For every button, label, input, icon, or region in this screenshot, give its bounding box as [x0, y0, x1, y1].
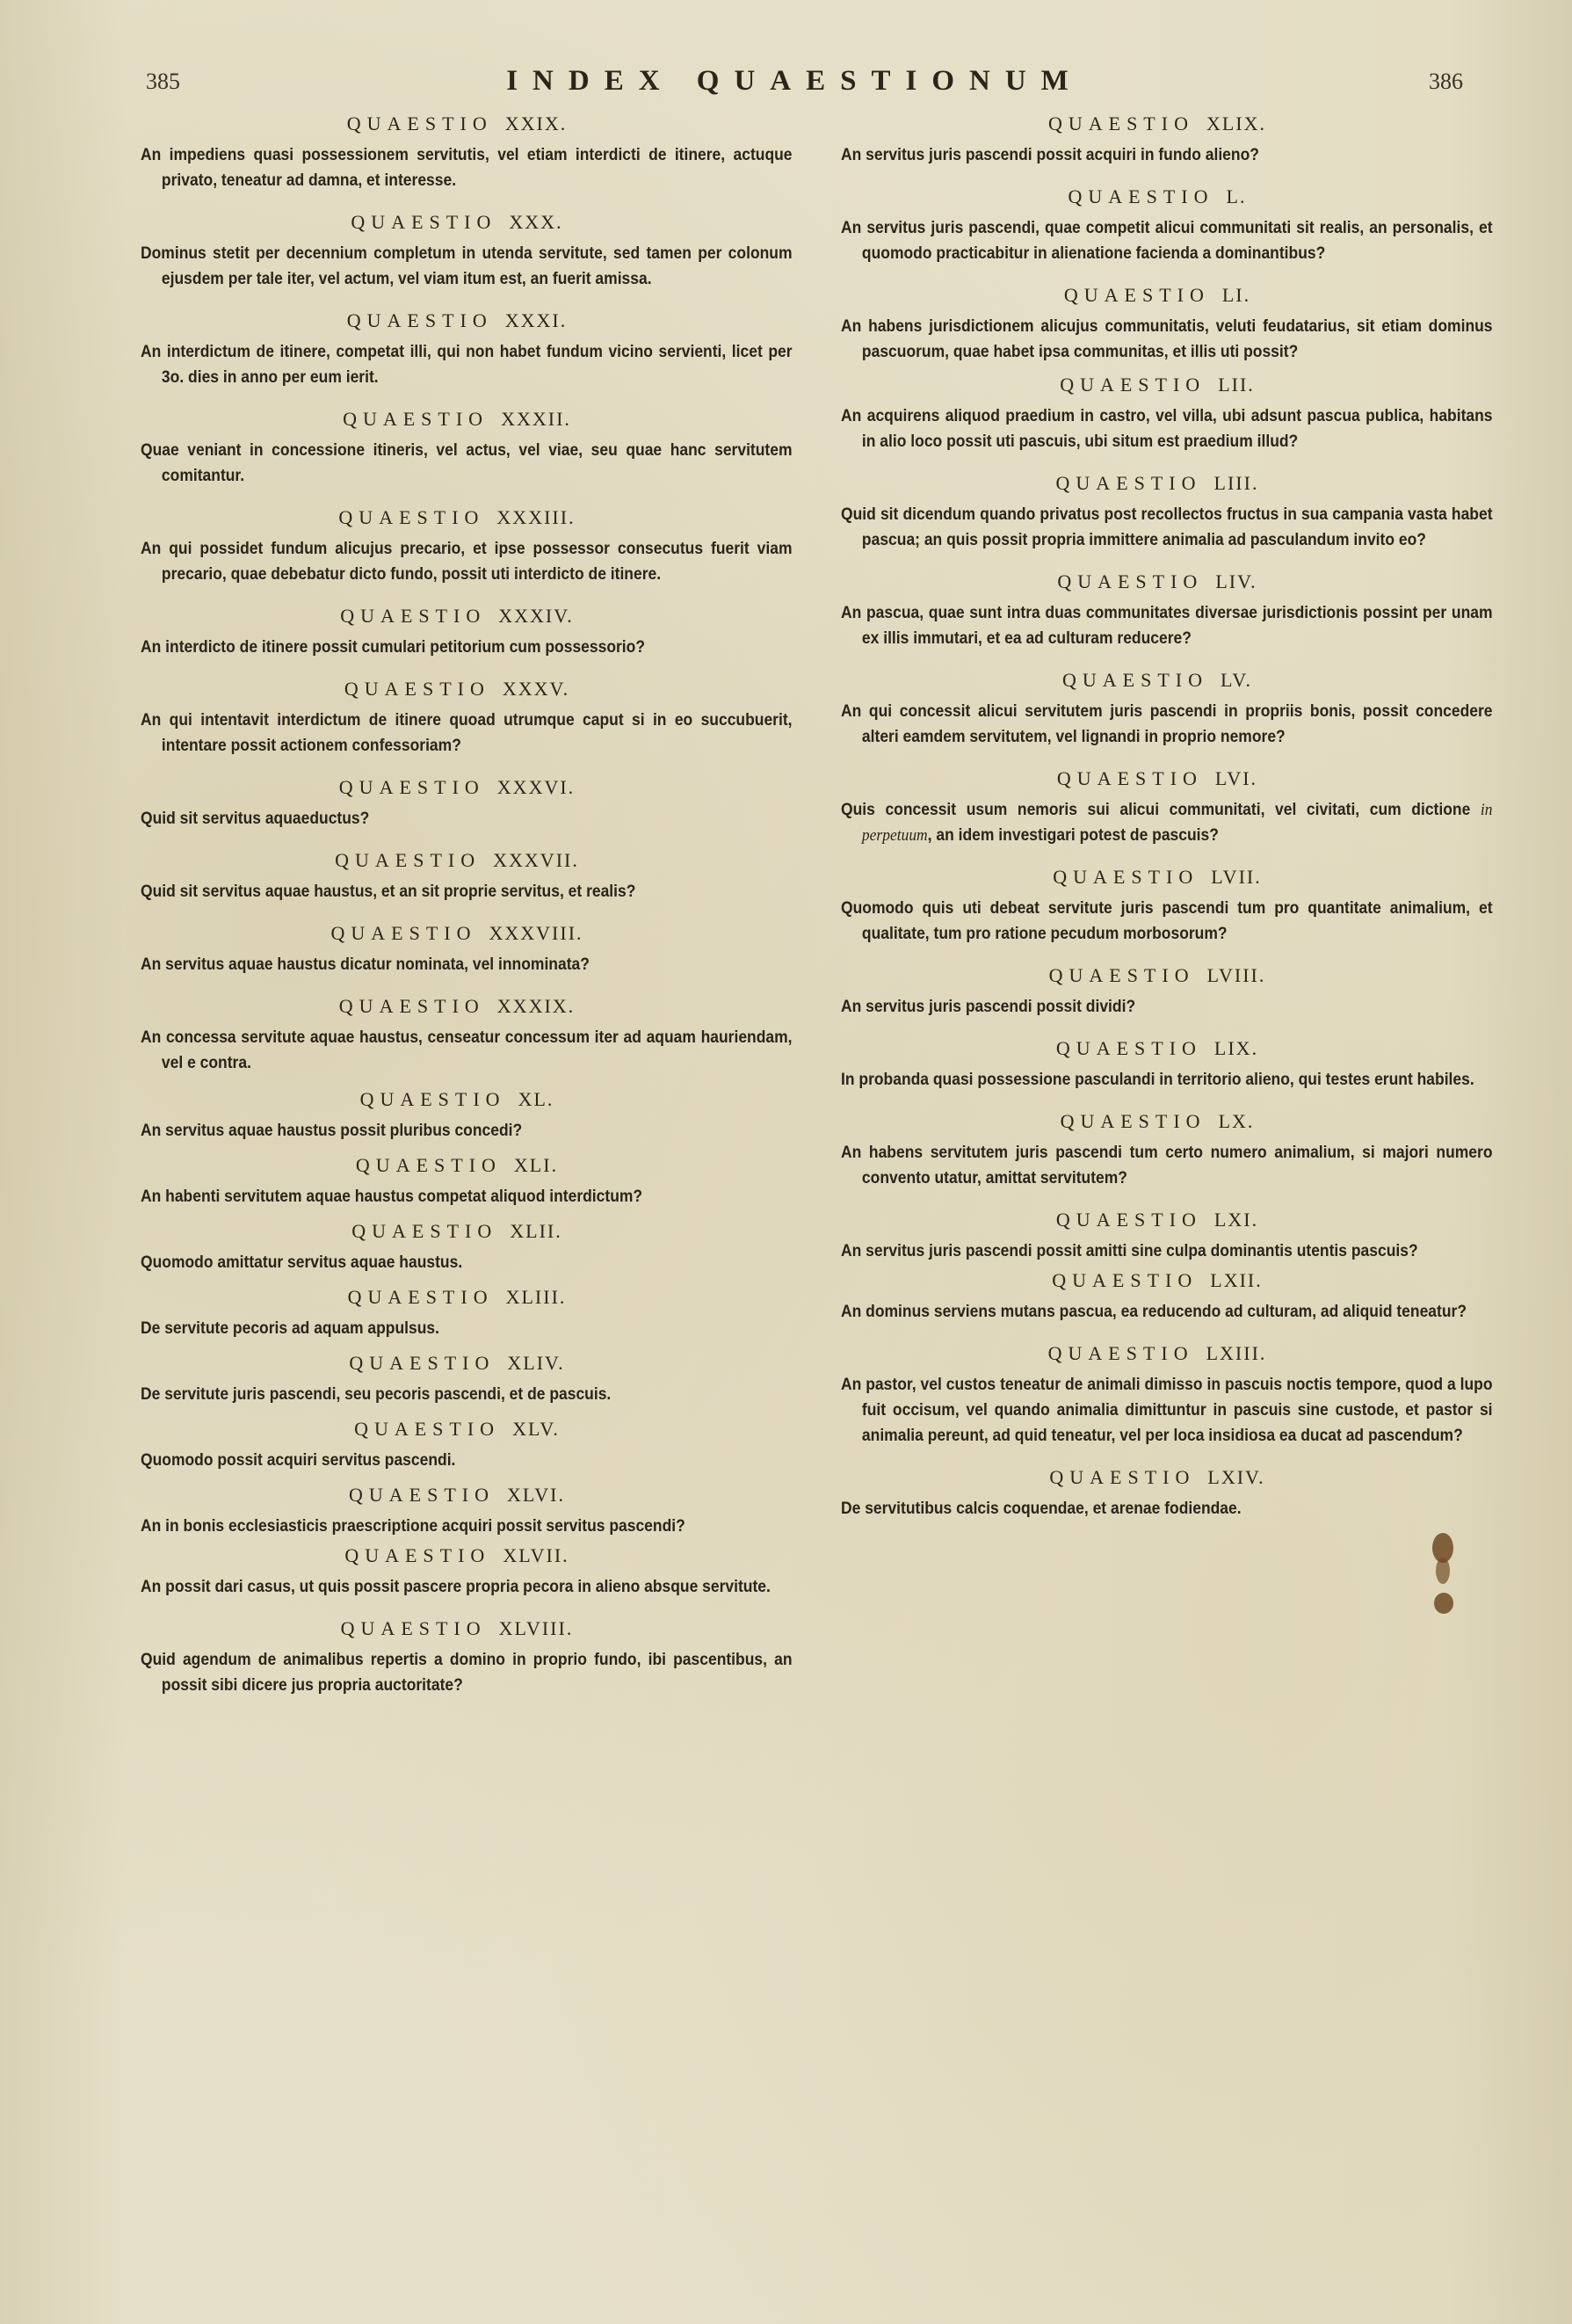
question-heading: QUAESTIOXXIX. [141, 111, 773, 137]
question-text: Quid sit servitus aquaeductus? [141, 806, 793, 832]
question-heading: QUAESTIOXLV. [141, 1416, 773, 1442]
question-entry: QUAESTIOXLVI.An in bonis ecclesiasticis … [141, 1482, 773, 1539]
question-heading: QUAESTIOXLII. [141, 1218, 773, 1245]
question-text: Quid agendum de animalibus repertis a do… [141, 1647, 793, 1698]
question-entry: QUAESTIOXXXIII.An qui possidet fundum al… [141, 505, 773, 587]
running-title: INDEX QUAESTIONUM [0, 65, 1572, 98]
question-heading: QUAESTIOXLVIII. [141, 1616, 773, 1642]
question-heading: QUAESTIOXXXI. [141, 308, 773, 334]
question-text: An interdictum de itinere, competat illi… [141, 339, 793, 390]
question-heading: QUAESTIOLIII. [841, 470, 1474, 497]
question-entry: QUAESTIOLV.An qui concessit alicui servi… [841, 667, 1474, 750]
question-entry: QUAESTIOLVII.Quomodo quis uti debeat ser… [841, 864, 1474, 947]
question-entry: QUAESTIOXLII.Quomodo amittatur servitus … [141, 1218, 773, 1275]
question-heading: QUAESTIOLXIV. [841, 1464, 1474, 1491]
question-entry: QUAESTIOXXXVIII.An servitus aquae haustu… [141, 920, 773, 977]
question-entry: QUAESTIOXXXVII.Quid sit servitus aquae h… [141, 847, 773, 904]
question-heading: QUAESTIOXLIV. [141, 1350, 773, 1376]
question-entry: QUAESTIOXLV.Quomodo possit acquiri servi… [141, 1416, 773, 1473]
question-entry: QUAESTIOLIX.In probanda quasi possession… [841, 1035, 1474, 1093]
question-text: An qui possidet fundum alicujus precario… [141, 536, 793, 587]
question-text: An possit dari casus, ut quis possit pas… [141, 1574, 793, 1600]
question-heading: QUAESTIOXXXIX. [141, 993, 773, 1020]
question-entry: QUAESTIOLXIV.De servitutibus calcis coqu… [841, 1464, 1474, 1521]
question-text: Quis concessit usum nemoris sui alicui c… [841, 797, 1493, 848]
question-heading: QUAESTIOXXXIII. [141, 505, 773, 531]
question-text: An habenti servitutem aquae haustus comp… [141, 1184, 793, 1209]
question-text: An servitus aquae haustus possit pluribu… [141, 1118, 793, 1144]
question-heading: QUAESTIOLIX. [841, 1035, 1474, 1062]
question-text: An interdicto de itinere possit cumulari… [141, 635, 793, 660]
question-heading: QUAESTIOLI. [841, 282, 1474, 309]
question-entry: QUAESTIOXXXI.An interdictum de itinere, … [141, 308, 773, 390]
question-entry: QUAESTIOXLIX.An servitus juris pascendi … [841, 111, 1474, 168]
question-text: An in bonis ecclesiasticis praescription… [141, 1514, 793, 1539]
question-entry: QUAESTIOLIV.An pascua, quae sunt intra d… [841, 569, 1474, 651]
question-entry: QUAESTIOLVI.Quis concessit usum nemoris … [841, 766, 1474, 848]
question-entry: QUAESTIOXXXIV.An interdicto de itinere p… [141, 603, 773, 660]
question-heading: QUAESTIOXLI. [141, 1152, 773, 1179]
question-text: An acquirens aliquod praedium in castro,… [841, 403, 1493, 454]
question-text: Quae veniant in concessione itineris, ve… [141, 438, 793, 489]
question-heading: QUAESTIOXL. [141, 1086, 773, 1113]
question-entry: QUAESTIOXLI.An habenti servitutem aquae … [141, 1152, 773, 1209]
question-text: Quomodo amittatur servitus aquae haustus… [141, 1250, 793, 1275]
question-text: An pastor, vel custos teneatur de animal… [841, 1372, 1493, 1449]
question-heading: QUAESTIOXLIX. [841, 111, 1474, 137]
question-heading: QUAESTIOXLIII. [141, 1284, 773, 1311]
question-text: Quomodo possit acquiri servitus pascendi… [141, 1448, 793, 1473]
question-heading: QUAESTIOLXIII. [841, 1340, 1474, 1367]
question-entry: QUAESTIOXXIX.An impediens quasi possessi… [141, 111, 773, 193]
question-text: An servitus juris pascendi, quae competi… [841, 215, 1493, 266]
question-text: An servitus juris pascendi possit acquir… [841, 142, 1493, 168]
question-entry: QUAESTIOLXI.An servitus juris pascendi p… [841, 1207, 1474, 1264]
question-entry: QUAESTIOLXIII.An pastor, vel custos tene… [841, 1340, 1474, 1449]
question-text: In probanda quasi possessione pasculandi… [841, 1067, 1493, 1093]
question-entry: QUAESTIOXLVII.An possit dari casus, ut q… [141, 1543, 773, 1600]
question-text: An dominus serviens mutans pascua, ea re… [841, 1299, 1493, 1325]
question-text: De servitutibus calcis coquendae, et are… [841, 1496, 1493, 1521]
question-entry: QUAESTIOLVIII.An servitus juris pascendi… [841, 962, 1474, 1020]
question-heading: QUAESTIOXXX. [141, 209, 773, 236]
question-heading: QUAESTIOLX. [841, 1108, 1474, 1135]
right-page-column: QUAESTIOXLIX.An servitus juris pascendi … [841, 111, 1474, 1537]
question-entry: QUAESTIOXXX.Dominus stetit per decennium… [141, 209, 773, 292]
left-page-column: QUAESTIOXXIX.An impediens quasi possessi… [141, 111, 773, 1714]
question-text: Dominus stetit per decennium completum i… [141, 241, 793, 292]
question-entry: QUAESTIOXLIV.De servitute juris pascendi… [141, 1350, 773, 1407]
question-text: An habens servitutem juris pascendi tum … [841, 1140, 1493, 1191]
question-text: An qui intentavit interdictum de itinere… [141, 708, 793, 759]
question-text: Quomodo quis uti debeat servitute juris … [841, 896, 1493, 947]
question-text: Quid sit dicendum quando privatus post r… [841, 502, 1493, 553]
question-text: Quid sit servitus aquae haustus, et an s… [141, 879, 793, 904]
question-heading: QUAESTIOL. [841, 184, 1474, 210]
question-entry: QUAESTIOLI.An habens jurisdictionem alic… [841, 282, 1474, 365]
right-page-number: 386 [1429, 69, 1463, 95]
question-entry: QUAESTIOXXXIX.An concessa servitute aqua… [141, 993, 773, 1076]
question-heading: QUAESTIOLXI. [841, 1207, 1474, 1233]
question-heading: QUAESTIOXXXVI. [141, 774, 773, 801]
question-text: An pascua, quae sunt intra duas communit… [841, 600, 1493, 651]
question-heading: QUAESTIOXLVI. [141, 1482, 773, 1508]
page-header: 385 INDEX QUAESTIONUM 386 [0, 69, 1572, 104]
question-heading: QUAESTIOXXXVII. [141, 847, 773, 874]
question-text: De servitute juris pascendi, seu pecoris… [141, 1382, 793, 1407]
question-entry: QUAESTIOXXXV.An qui intentavit interdict… [141, 676, 773, 759]
question-entry: QUAESTIOL.An servitus juris pascendi, qu… [841, 184, 1474, 266]
question-entry: QUAESTIOLIII.Quid sit dicendum quando pr… [841, 470, 1474, 553]
question-text: An concessa servitute aquae haustus, cen… [141, 1025, 793, 1076]
question-heading: QUAESTIOLIV. [841, 569, 1474, 595]
question-heading: QUAESTIOXXXV. [141, 676, 773, 702]
question-heading: QUAESTIOXXXIV. [141, 603, 773, 629]
question-entry: QUAESTIOXLVIII.Quid agendum de animalibu… [141, 1616, 773, 1698]
question-text: An impediens quasi possessionem servitut… [141, 142, 793, 193]
question-entry: QUAESTIOXXXVI.Quid sit servitus aquaeduc… [141, 774, 773, 832]
question-entry: QUAESTIOLII.An acquirens aliquod praediu… [841, 372, 1474, 454]
question-entry: QUAESTIOLXII.An dominus serviens mutans … [841, 1267, 1474, 1325]
question-heading: QUAESTIOXXXVIII. [141, 920, 773, 947]
question-text: An habens jurisdictionem alicujus commun… [841, 314, 1493, 365]
question-heading: QUAESTIOXLVII. [141, 1543, 773, 1569]
question-entry: QUAESTIOXL.An servitus aquae haustus pos… [141, 1086, 773, 1144]
question-text: An servitus juris pascendi possit dividi… [841, 994, 1493, 1020]
question-heading: QUAESTIOLII. [841, 372, 1474, 398]
question-entry: QUAESTIOXXXII.Quae veniant in concession… [141, 406, 773, 489]
question-text: An servitus juris pascendi possit amitti… [841, 1238, 1493, 1264]
question-heading: QUAESTIOLV. [841, 667, 1474, 694]
ink-stain [1431, 1533, 1457, 1623]
question-heading: QUAESTIOXXXII. [141, 406, 773, 432]
question-heading: QUAESTIOLVIII. [841, 962, 1474, 989]
question-entry: QUAESTIOLX.An habens servitutem juris pa… [841, 1108, 1474, 1191]
question-heading: QUAESTIOLVI. [841, 766, 1474, 792]
question-entry: QUAESTIOXLIII.De servitute pecoris ad aq… [141, 1284, 773, 1341]
question-text: An servitus aquae haustus dicatur nomina… [141, 952, 793, 977]
question-heading: QUAESTIOLVII. [841, 864, 1474, 890]
question-text: An qui concessit alicui servitutem juris… [841, 699, 1493, 750]
question-text: De servitute pecoris ad aquam appulsus. [141, 1316, 793, 1341]
question-heading: QUAESTIOLXII. [841, 1267, 1474, 1294]
